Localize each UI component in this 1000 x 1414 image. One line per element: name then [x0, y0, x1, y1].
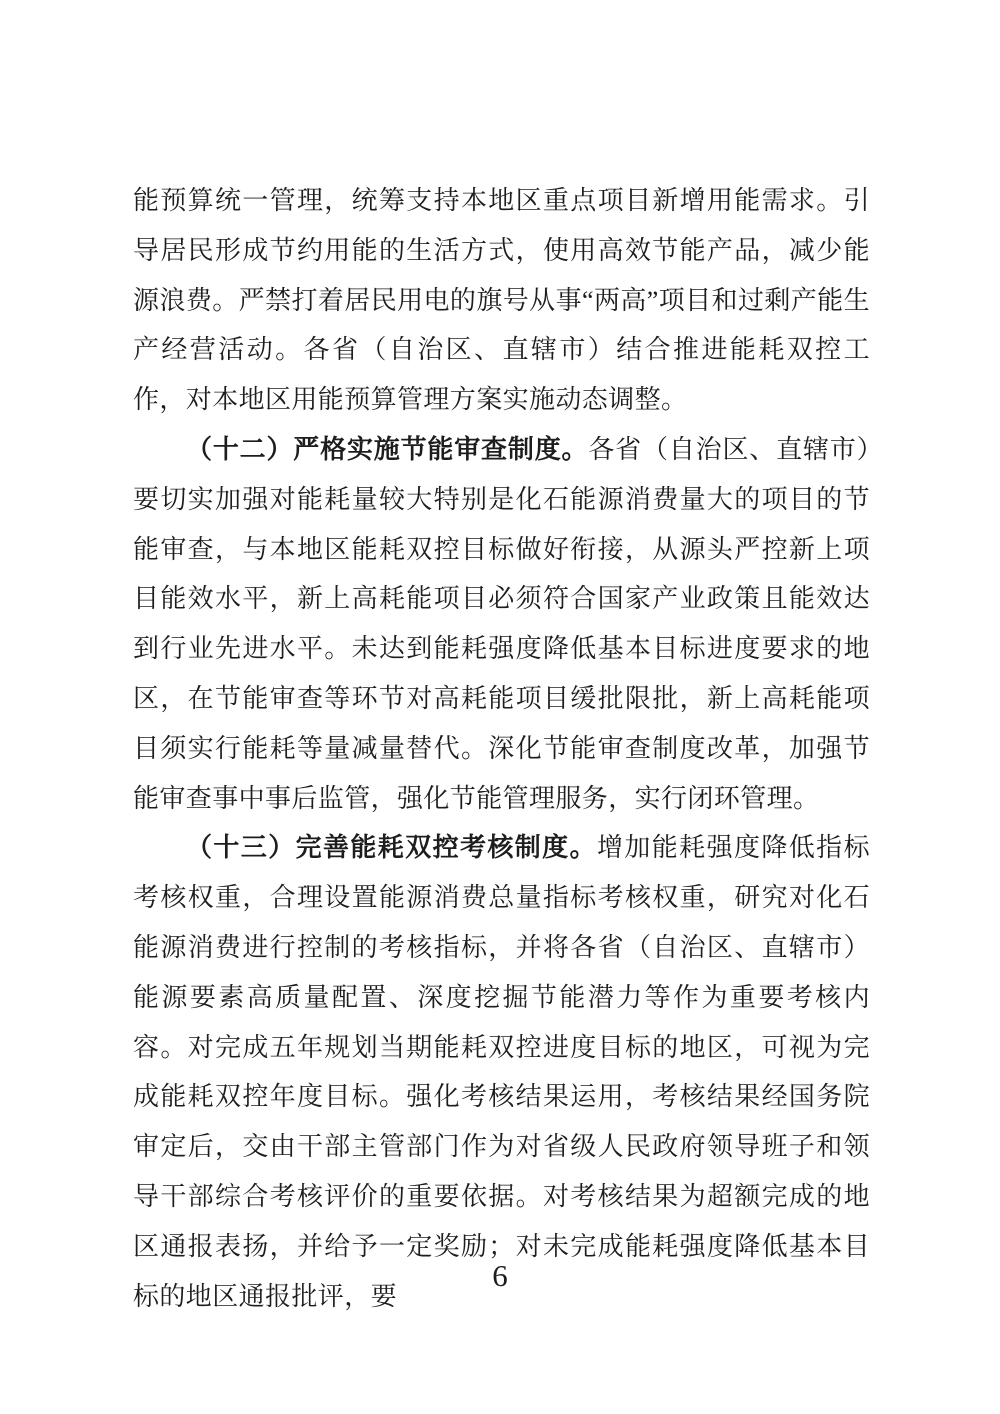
paragraph-section-13: （十三）完善能耗双控考核制度。增加能耗强度降低指标考核权重，合理设置能源消费总量…	[133, 823, 870, 1321]
section-heading: （十二）严格实施节能审查制度。	[186, 435, 588, 464]
body-text: 能预算统一管理，统筹支持本地区重点项目新增用能需求。引导居民形成节约用能的生活方…	[133, 186, 870, 414]
body-text: 增加能耗强度降低指标考核权重，合理设置能源消费总量指标考核权重，研究对化石能源消…	[133, 833, 870, 1310]
document-body: 能预算统一管理，统筹支持本地区重点项目新增用能需求。引导居民形成节约用能的生活方…	[133, 176, 870, 1321]
section-heading: （十三）完善能耗双控考核制度。	[186, 833, 597, 862]
document-page: 能预算统一管理，统筹支持本地区重点项目新增用能需求。引导居民形成节约用能的生活方…	[0, 0, 1000, 1414]
page-number: 6	[0, 1256, 1000, 1296]
paragraph-section-12: （十二）严格实施节能审查制度。各省（自治区、直辖市）要切实加强对能耗量较大特别是…	[133, 425, 870, 823]
body-text: 各省（自治区、直辖市）要切实加强对能耗量较大特别是化石能源消费量大的项目的节能审…	[133, 435, 870, 813]
paragraph-continuation: 能预算统一管理，统筹支持本地区重点项目新增用能需求。引导居民形成节约用能的生活方…	[133, 176, 870, 425]
